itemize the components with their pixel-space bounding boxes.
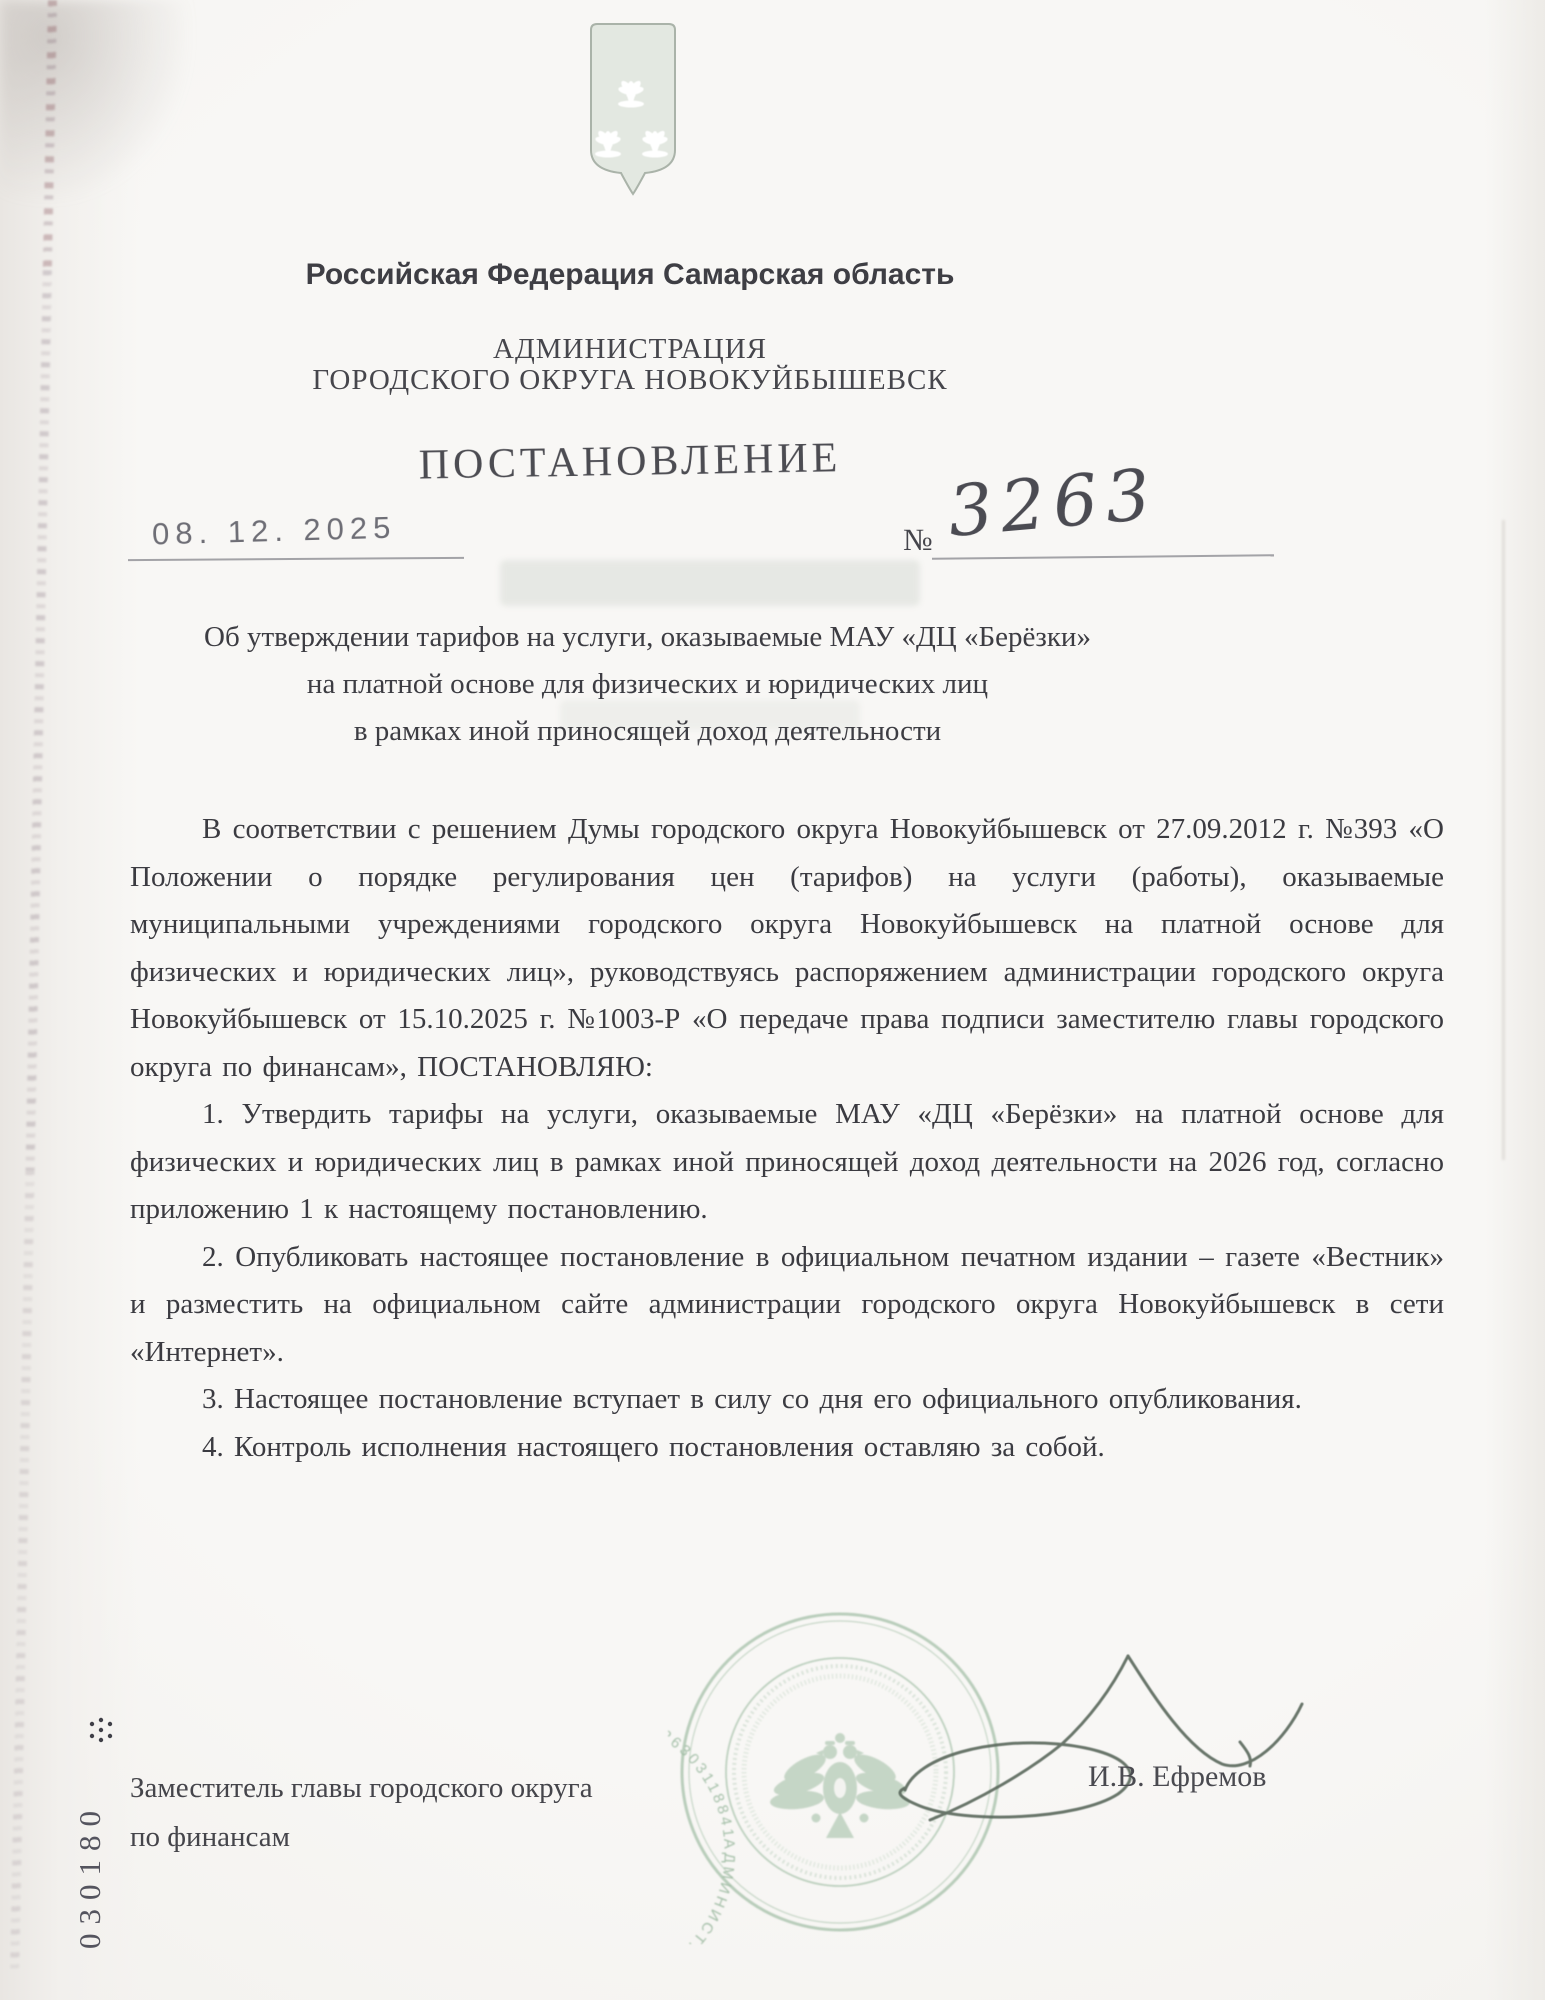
organization-line-1: АДМИНИСТРАЦИЯ bbox=[130, 334, 1130, 365]
date-underline bbox=[128, 557, 464, 561]
margin-vertical-number: 030180 bbox=[72, 1802, 108, 1949]
number-label: № bbox=[903, 522, 933, 558]
paragraph-item-3: 3. Настоящее постановление вступает в си… bbox=[130, 1376, 1444, 1424]
handwritten-document-number: 3263 bbox=[945, 453, 1162, 553]
paragraph-item-1: 1. Утвердить тарифы на услуги, оказываем… bbox=[130, 1091, 1444, 1234]
signer-name: И.В. Ефремов bbox=[1088, 1760, 1266, 1794]
date-stamp: 08. 12. 2025 bbox=[152, 508, 473, 553]
signer-position: Заместитель главы городского округа по ф… bbox=[130, 1764, 1030, 1862]
scan-artifact-marks-bottom bbox=[10, 1170, 34, 1970]
paragraph-item-4: 4. Контроль исполнения настоящего постан… bbox=[130, 1424, 1444, 1472]
document-body: В соответствии с решением Думы городског… bbox=[130, 806, 1444, 1471]
paragraph-item-2: 2. Опубликовать настоящее постановление … bbox=[130, 1234, 1444, 1377]
title-line-1: Об утверждении тарифов на услуги, оказыв… bbox=[150, 614, 1145, 661]
novokuybyshevsk-coat-of-arms-icon bbox=[583, 20, 683, 200]
paper-edge-shadow bbox=[1502, 520, 1505, 1160]
ink-bleed-through bbox=[500, 560, 920, 606]
paragraph-preamble: В соответствии с решением Думы городског… bbox=[130, 806, 1444, 1091]
organization-line-2: ГОРОДСКОГО ОКРУГА НОВОКУЙБЫШЕВСК bbox=[130, 365, 1130, 396]
scan-artifact-marks-middle bbox=[26, 270, 52, 1170]
signer-position-line-2: по финансам bbox=[130, 1813, 1030, 1862]
scanned-document-page: { "document": { "country_region_line": "… bbox=[0, 0, 1545, 2000]
country-region-line: Российская Федерация Самарская область bbox=[130, 258, 1130, 292]
number-underline bbox=[932, 554, 1274, 560]
organization-name: АДМИНИСТРАЦИЯ ГОРОДСКОГО ОКРУГА НОВОКУЙБ… bbox=[130, 334, 1130, 396]
scan-artifact-marks-top bbox=[43, 0, 57, 270]
title-line-3: в рамках иной приносящей доход деятельно… bbox=[150, 708, 1145, 755]
signer-position-line-1: Заместитель главы городского округа bbox=[130, 1764, 1030, 1813]
title-line-2: на платной основе для физических и юриди… bbox=[150, 661, 1145, 708]
document-title: Об утверждении тарифов на услуги, оказыв… bbox=[150, 614, 1145, 755]
reference-asterisk-mark bbox=[86, 1714, 116, 1751]
handwritten-signature bbox=[850, 1600, 1350, 1915]
